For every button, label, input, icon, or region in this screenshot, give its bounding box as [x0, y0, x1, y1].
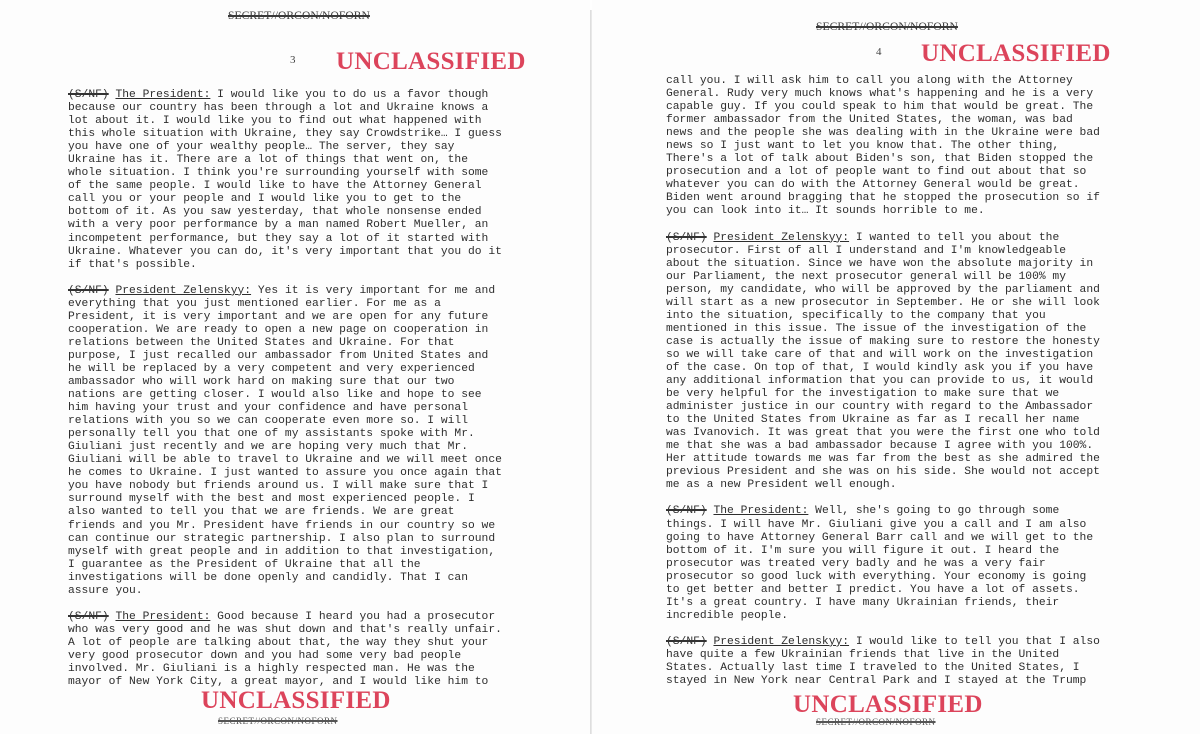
speaker-label: President Zelenskyy: — [713, 636, 849, 648]
transcript-line: Ukraine has it. There are a lot of thing… — [68, 154, 502, 167]
line-text: nations are getting closer. I would also… — [68, 389, 482, 401]
line-text: ambassador who will work hard on making … — [68, 376, 454, 388]
transcript-line: things. I will have Mr. Giuliani give yo… — [666, 519, 1100, 532]
line-text: if that's possible. — [68, 259, 197, 271]
transcript-line: investigations will be done openly and c… — [68, 572, 502, 585]
line-text: be very helpful for the investigation to… — [666, 388, 1059, 400]
line-text: previous President and she was on his si… — [666, 466, 1100, 478]
transcript-line: prosecution and a lot of people want to … — [666, 166, 1100, 179]
line-text: Yes it is very important for me and — [251, 285, 495, 297]
transcript-line: any additional information that you can … — [666, 375, 1100, 388]
line-text: administer justice in our country with r… — [666, 401, 1093, 413]
line-text: will start as a new prosecutor in Septem… — [666, 297, 1100, 309]
line-text: he will be replaced by a very competent … — [68, 363, 475, 375]
page-number: 3 — [290, 54, 296, 66]
line-text: also wanted to tell you that we are frie… — [68, 506, 454, 518]
transcript-line: also wanted to tell you that we are frie… — [68, 506, 502, 519]
line-text: Ukraine has it. There are a lot of thing… — [68, 154, 468, 166]
line-text: stayed in New York near Central Park and… — [666, 675, 1086, 687]
line-text: whatever you can do with the Attorney Ge… — [666, 179, 1080, 191]
line-text: Biden went around bragging that he stopp… — [666, 192, 1100, 204]
transcript-line: prosecutor so good luck with everything.… — [666, 571, 1100, 584]
transcript-paragraph: call you. I will ask him to call you alo… — [666, 75, 1100, 219]
line-text: call you. I will ask him to call you alo… — [666, 75, 1073, 87]
transcript-line: whole situation. I think you're surround… — [68, 167, 502, 180]
transcript-line: to get better and better I predict. You … — [666, 584, 1100, 597]
line-text: have quite a few Ukrainian friends that … — [666, 649, 1059, 661]
transcript-line: prosecutor was treated very badly and he… — [666, 558, 1100, 571]
classification-footer-struck: SECRET//ORCON/NOFORN — [218, 716, 338, 726]
line-text: prosecutor so good luck with everything.… — [666, 571, 1086, 583]
transcript-line: (S/NF) The President: Well, she's going … — [666, 505, 1100, 518]
line-text: of the same people. I would like to have… — [68, 180, 482, 192]
transcript-line: of the case. On top of that, I would kin… — [666, 362, 1100, 375]
transcript-line: bottom of it. I'm sure you will figure i… — [666, 545, 1100, 558]
transcript-line: whatever you can do with the Attorney Ge… — [666, 179, 1100, 192]
transcript-line: call you. I will ask him to call you alo… — [666, 75, 1100, 88]
line-text: A lot of people are talking about that, … — [68, 637, 488, 649]
transcript-line: news and the people she was dealing with… — [666, 127, 1100, 140]
transcript-line: he will be replaced by a very competent … — [68, 363, 502, 376]
transcript-line: (S/NF) The President: I would like you t… — [68, 89, 502, 102]
transcript-line: bottom of it. As you saw yesterday, that… — [68, 206, 502, 219]
transcript-line: administer justice in our country with r… — [666, 401, 1100, 414]
transcript-line: former ambassador from the United States… — [666, 114, 1100, 127]
transcript-line: if that's possible. — [68, 259, 502, 272]
classification-header-struck: SECRET//ORCON/NOFORN — [228, 10, 370, 22]
line-text: Giuliani will be able to travel to Ukrai… — [68, 454, 502, 466]
line-text: relations between the United States and … — [68, 337, 454, 349]
line-text: you have nobody but friends around us. I… — [68, 480, 488, 492]
line-text: There's a lot of talk about Biden's son,… — [666, 153, 1093, 165]
transcript-line: case is actually the issue of making sur… — [666, 336, 1100, 349]
transcript-line: myself with great people and in addition… — [68, 546, 502, 559]
transcript-line: was Ivanovich. It was great that you wer… — [666, 427, 1100, 440]
line-text: into the situation, specifically to the … — [666, 310, 1046, 322]
transcript-line: into the situation, specifically to the … — [666, 310, 1100, 323]
transcript-line: who was very good and he was shut down a… — [68, 624, 502, 637]
line-text: person, my candidate, who will be approv… — [666, 284, 1100, 296]
transcript-line: you have one of your wealthy people… The… — [68, 141, 502, 154]
transcript-line: A lot of people are talking about that, … — [68, 637, 502, 650]
transcript-line: me as a new President well enough. — [666, 479, 1100, 492]
transcript-line: him having your trust and your confidenc… — [68, 402, 502, 415]
line-text: Giuliani just recently and we are hoping… — [68, 441, 468, 453]
line-text: you can look into it… It sounds horrible… — [666, 205, 985, 217]
transcript-line: person, my candidate, who will be approv… — [666, 284, 1100, 297]
transcript-line: so we will take care of that and will wo… — [666, 349, 1100, 362]
page-number: 4 — [876, 46, 882, 58]
transcript-line: cooperation. We are ready to open a new … — [68, 324, 502, 337]
line-text: to the United States from Ukraine as far… — [666, 414, 1080, 426]
transcript-line: our Parliament, the next prosecutor gene… — [666, 271, 1100, 284]
line-text: me as a new President well enough. — [666, 479, 897, 491]
line-text: prosecutor was treated very badly and he… — [666, 558, 1046, 570]
speaker-label: President Zelenskyy: — [115, 285, 251, 297]
line-text: Good because I heard you had a prosecuto… — [210, 611, 495, 623]
transcript-line: incompetent performance, but they say a … — [68, 233, 502, 246]
transcript-line: States. Actually last time I traveled to… — [666, 662, 1100, 675]
transcript-line: involved. Mr. Giuliani is a highly respe… — [68, 663, 502, 676]
transcript-line: have quite a few Ukrainian friends that … — [666, 649, 1100, 662]
speaker-label: President Zelenskyy: — [713, 232, 849, 244]
line-text: prosecutor. First of all I understand an… — [666, 245, 1066, 257]
transcript-line: mentioned in this issue. The issue of th… — [666, 323, 1100, 336]
transcript-line: very good prosecutor down and you had so… — [68, 650, 502, 663]
transcript-line: lot about it. I would like you to find o… — [68, 115, 502, 128]
line-text: involved. Mr. Giuliani is a highly respe… — [68, 663, 475, 675]
line-text: myself with great people and in addition… — [68, 546, 495, 558]
transcript-line: will start as a new prosecutor in Septem… — [666, 297, 1100, 310]
classification-marking: (S/NF) — [68, 611, 109, 623]
transcript-line: everything that you just mentioned earli… — [68, 298, 502, 311]
transcript-paragraph: (S/NF) President Zelenskyy: I wanted to … — [666, 232, 1100, 493]
transcript-line: me that she was a bad ambassador because… — [666, 440, 1100, 453]
speaker-label: The President: — [713, 505, 808, 517]
line-text: you have one of your wealthy people… The… — [68, 141, 454, 153]
transcript-line: going to have Attorney General Barr call… — [666, 532, 1100, 545]
transcript-line: stayed in New York near Central Park and… — [666, 675, 1100, 688]
line-text: to get better and better I predict. You … — [666, 584, 1080, 596]
line-text: States. Actually last time I traveled to… — [666, 662, 1080, 674]
line-text: President, it is very important and we a… — [68, 311, 488, 323]
line-text: news so I just want to let you know that… — [666, 140, 1059, 152]
classification-header-struck: SECRET//ORCON/NOFORN — [816, 21, 958, 33]
classification-marking: (S/NF) — [666, 505, 707, 517]
transcript-line: (S/NF) President Zelenskyy: I would like… — [666, 636, 1100, 649]
unclassified-stamp-bottom: UNCLASSIFIED — [201, 687, 391, 715]
transcript-line: Giuliani just recently and we are hoping… — [68, 441, 502, 454]
line-text: incredible people. — [666, 610, 788, 622]
transcript-line: prosecutor. First of all I understand an… — [666, 245, 1100, 258]
document-page-3: SECRET//ORCON/NOFORN 3 UNCLASSIFIED (S/N… — [0, 0, 590, 734]
transcript-line: you have nobody but friends around us. I… — [68, 480, 502, 493]
line-text: who was very good and he was shut down a… — [68, 624, 502, 636]
transcript-line: relations with you so we can cooperate e… — [68, 415, 502, 428]
transcript-line: General. Rudy very much knows what's hap… — [666, 88, 1100, 101]
transcript-line: news so I just want to let you know that… — [666, 140, 1100, 153]
transcript-line: assure you. — [68, 585, 502, 598]
line-text: this whole situation with Ukraine, they … — [68, 128, 502, 140]
transcript-line: incredible people. — [666, 610, 1100, 623]
transcript-line: relations between the United States and … — [68, 337, 502, 350]
document-page-4: SECRET//ORCON/NOFORN 4 UNCLASSIFIED call… — [592, 0, 1200, 734]
line-text: incompetent performance, but they say a … — [68, 233, 488, 245]
line-text: mentioned in this issue. The issue of th… — [666, 323, 1086, 335]
transcript-line: (S/NF) President Zelenskyy: I wanted to … — [666, 232, 1100, 245]
transcript-paragraph: (S/NF) President Zelenskyy: Yes it is ve… — [68, 285, 502, 598]
line-text: personally tell you that one of my assis… — [68, 428, 475, 440]
transcript-body-page-3: (S/NF) The President: I would like you t… — [68, 89, 502, 702]
line-text: prosecution and a lot of people want to … — [666, 166, 1086, 178]
transcript-body-page-4: call you. I will ask him to call you alo… — [666, 75, 1100, 701]
line-text: about the situation. Since we have won t… — [666, 258, 1093, 270]
line-text: I would like you to do us a favor though — [210, 89, 488, 101]
line-text: can continue our strategic partnership. … — [68, 533, 495, 545]
transcript-line: personally tell you that one of my assis… — [68, 428, 502, 441]
transcript-line: President, it is very important and we a… — [68, 311, 502, 324]
line-text: Well, she's going to go through some — [808, 505, 1059, 517]
transcript-line: of the same people. I would like to have… — [68, 180, 502, 193]
line-text: bottom of it. I'm sure you will figure i… — [666, 545, 1059, 557]
transcript-line: with a very poor performance by a man na… — [68, 219, 502, 232]
line-text: I would like to tell you that I also — [849, 636, 1100, 648]
transcript-line: Giuliani will be able to travel to Ukrai… — [68, 454, 502, 467]
line-text: very good prosecutor down and you had so… — [68, 650, 461, 662]
transcript-line: call you or your people and I would like… — [68, 193, 502, 206]
classification-footer-struck: SECRET//ORCON/NOFORN — [816, 717, 936, 727]
line-text: he comes to Ukraine. I just wanted to as… — [68, 467, 502, 479]
line-text: case is actually the issue of making sur… — [666, 336, 1100, 348]
line-text: going to have Attorney General Barr call… — [666, 532, 1093, 544]
unclassified-stamp-top: UNCLASSIFIED — [336, 48, 526, 76]
line-text: because our country has been through a l… — [68, 102, 488, 114]
transcript-line: I guarantee as the President of Ukraine … — [68, 559, 502, 572]
transcript-line: Ukraine. Whatever you can do, it's very … — [68, 246, 502, 259]
line-text: me that she was a bad ambassador because… — [666, 440, 1093, 452]
unclassified-stamp-bottom: UNCLASSIFIED — [793, 691, 983, 719]
transcript-line: friends and you Mr. President have frien… — [68, 520, 502, 533]
transcript-paragraph: (S/NF) The President: Good because I hea… — [68, 611, 502, 689]
line-text: surround myself with the best and most e… — [68, 493, 475, 505]
line-text: news and the people she was dealing with… — [666, 127, 1100, 139]
line-text: was Ivanovich. It was great that you wer… — [666, 427, 1100, 439]
line-text: everything that you just mentioned earli… — [68, 298, 441, 310]
line-text: It's a great country. I have many Ukrain… — [666, 597, 1059, 609]
transcript-line: nations are getting closer. I would also… — [68, 389, 502, 402]
transcript-line: (S/NF) President Zelenskyy: Yes it is ve… — [68, 285, 502, 298]
speaker-label: The President: — [115, 89, 210, 101]
line-text: I guarantee as the President of Ukraine … — [68, 559, 421, 571]
line-text: so we will take care of that and will wo… — [666, 349, 1093, 361]
line-text: relations with you so we can cooperate e… — [68, 415, 468, 427]
line-text: any additional information that you can … — [666, 375, 1093, 387]
transcript-line: to the United States from Ukraine as far… — [666, 414, 1100, 427]
transcript-line: surround myself with the best and most e… — [68, 493, 502, 506]
transcript-line: Biden went around bragging that he stopp… — [666, 192, 1100, 205]
line-text: cooperation. We are ready to open a new … — [68, 324, 488, 336]
line-text: Her attitude towards me was far from the… — [666, 453, 1100, 465]
classification-marking: (S/NF) — [666, 636, 707, 648]
line-text: call you or your people and I would like… — [68, 193, 461, 205]
transcript-line: you can look into it… It sounds horrible… — [666, 205, 1100, 218]
transcript-line: There's a lot of talk about Biden's son,… — [666, 153, 1100, 166]
line-text: whole situation. I think you're surround… — [68, 167, 488, 179]
transcript-line: purpose, I just recalled our ambassador … — [68, 350, 502, 363]
line-text: things. I will have Mr. Giuliani give yo… — [666, 519, 1086, 531]
transcript-paragraph: (S/NF) The President: I would like you t… — [68, 89, 502, 272]
line-text: assure you. — [68, 585, 143, 597]
transcript-line: ambassador who will work hard on making … — [68, 376, 502, 389]
speaker-label: The President: — [115, 611, 210, 623]
line-text: investigations will be done openly and c… — [68, 572, 468, 584]
transcript-line: about the situation. Since we have won t… — [666, 258, 1100, 271]
line-text: of the case. On top of that, I would kin… — [666, 362, 1093, 374]
transcript-paragraph: (S/NF) President Zelenskyy: I would like… — [666, 636, 1100, 688]
line-text: former ambassador from the United States… — [666, 114, 1073, 126]
classification-marking: (S/NF) — [666, 232, 707, 244]
transcript-line: because our country has been through a l… — [68, 102, 502, 115]
transcript-line: be very helpful for the investigation to… — [666, 388, 1100, 401]
line-text: with a very poor performance by a man na… — [68, 219, 488, 231]
transcript-line: this whole situation with Ukraine, they … — [68, 128, 502, 141]
line-text: Ukraine. Whatever you can do, it's very … — [68, 246, 502, 258]
transcript-line: previous President and she was on his si… — [666, 466, 1100, 479]
line-text: bottom of it. As you saw yesterday, that… — [68, 206, 482, 218]
transcript-line: Her attitude towards me was far from the… — [666, 453, 1100, 466]
line-text: our Parliament, the next prosecutor gene… — [666, 271, 1066, 283]
transcript-line: capable guy. If you could speak to him t… — [666, 101, 1100, 114]
line-text: I wanted to tell you about the — [849, 232, 1059, 244]
transcript-line: (S/NF) The President: Good because I hea… — [68, 611, 502, 624]
line-text: him having your trust and your confidenc… — [68, 402, 468, 414]
line-text: friends and you Mr. President have frien… — [68, 520, 495, 532]
transcript-line: It's a great country. I have many Ukrain… — [666, 597, 1100, 610]
classification-marking: (S/NF) — [68, 285, 109, 297]
line-text: lot about it. I would like you to find o… — [68, 115, 482, 127]
transcript-line: he comes to Ukraine. I just wanted to as… — [68, 467, 502, 480]
classification-marking: (S/NF) — [68, 89, 109, 101]
line-text: capable guy. If you could speak to him t… — [666, 101, 1093, 113]
transcript-paragraph: (S/NF) The President: Well, she's going … — [666, 505, 1100, 622]
line-text: General. Rudy very much knows what's hap… — [666, 88, 1093, 100]
transcript-line: can continue our strategic partnership. … — [68, 533, 502, 546]
line-text: purpose, I just recalled our ambassador … — [68, 350, 488, 362]
unclassified-stamp-top: UNCLASSIFIED — [921, 40, 1111, 68]
